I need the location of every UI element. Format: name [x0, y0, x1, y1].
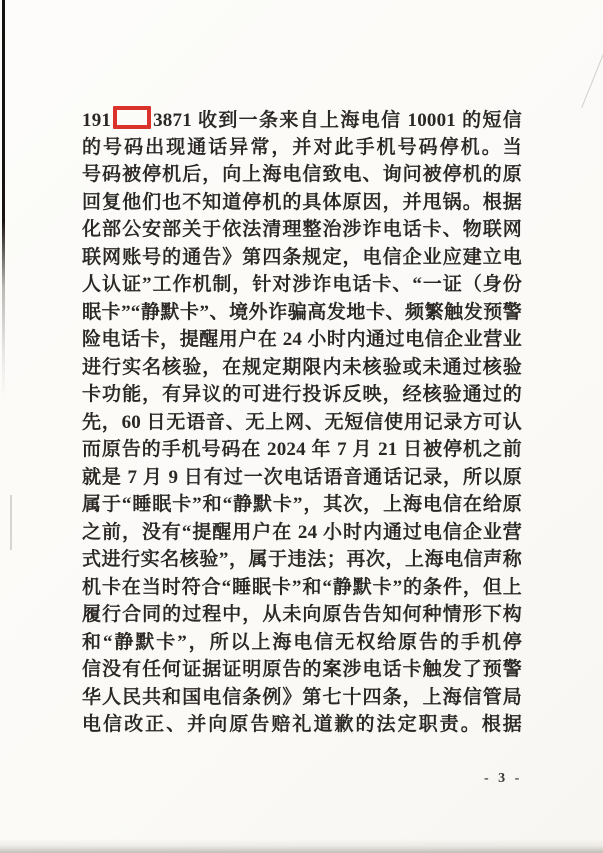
text-line: 联网账号的通告》第四条规定，电信企业应建立电话卡“二次实	[82, 244, 522, 272]
text-line: 和“静默卡”，所以上海电信无权给原告的手机停机；还有上海电	[82, 629, 522, 657]
phone-prefix: 191	[82, 110, 111, 131]
text-line: 式进行实名核验”，属于违法；再次，上海电信声称原告的案涉手	[82, 546, 522, 574]
scan-left-edge-artifact	[2, 0, 5, 400]
text-line: 险电话卡，提醒用户在 24 小时内通过电信企业营业厅或线上方式	[82, 326, 522, 354]
redaction-box	[113, 106, 151, 129]
text-line: 机卡在当时符合“睡眠卡”和“静默卡”的条件，但上海电信在	[82, 574, 522, 602]
text-line: 而原告的手机号码在 2024 年 7 月 21 日被停机之前的 10 天前，也	[82, 436, 522, 464]
text-line: 信没有任何证据证明原告的案涉电话卡触发了预警模型。根据《中	[82, 656, 522, 684]
scan-smudge-artifact	[10, 495, 12, 550]
text-line: 回复他们也不知道停机的具体原因，并甩锅。根据《工业和信息	[82, 189, 522, 217]
text-line: 眠卡”“静默卡”、境外诈骗高发地卡、频繁触发预警模型等高风	[82, 299, 522, 327]
text-line: 电信改正、并向原告赔礼道歉的法定职责。根据《中华人民共和	[82, 711, 522, 739]
text-line: 履行合同的过程中，从未向原告告知何种情形下构成“睡眠卡”	[82, 601, 522, 629]
scan-bottom-shadow	[0, 839, 603, 853]
page-number: - 3 -	[484, 771, 544, 787]
scan-corner-artifact	[581, 54, 603, 108]
text-line: 进行实名核验，在规定期限内未核验或未通过核验的，暂停电话	[82, 354, 522, 382]
scanned-document-page: 1913871 收到一条来自上海电信 10001 的短信通知，告知原告 的号码出…	[0, 0, 603, 853]
text-line: 的号码出现通话异常，并对此手机号码停机。当天，原告发现该	[82, 134, 522, 162]
text-line: 先，60 日无语音、无上网、无短信使用记录方可认定为“静默卡”。	[82, 409, 522, 437]
text-line: 卡功能，有异议的可进行投诉反映，经核验通过的恢复功能。首	[82, 381, 522, 409]
text-line-with-redaction: 1913871 收到一条来自上海电信 10001 的短信通知，告知原告	[82, 106, 522, 134]
text-line: 人认证”工作机制，针对涉诈电话卡、“一证（身份证）多卡”“睡	[82, 271, 522, 299]
text-line: 华人民共和国电信条例》第七十四条，上海信管局负有责令上海	[82, 684, 522, 712]
text-line: 号码被停机后，向上海电信致电、询问被停机的原因。上海电信	[82, 161, 522, 189]
text-line: 之前，没有“提醒用户在 24 小时内通过电信企业营业厅或线上方	[82, 519, 522, 547]
text-line: 化部公安部关于依法清理整治涉诈电话卡、物联网卡以及关联互	[82, 216, 522, 244]
text-line: 就是 7 月 9 日有过一次电话语音通话记录，所以原告的电话卡不	[82, 464, 522, 492]
text-line: 属于“睡眠卡”和“静默卡”，其次，上海电信在给原告手机停机	[82, 491, 522, 519]
body-text: 1913871 收到一条来自上海电信 10001 的短信通知，告知原告 的号码出…	[82, 106, 522, 739]
